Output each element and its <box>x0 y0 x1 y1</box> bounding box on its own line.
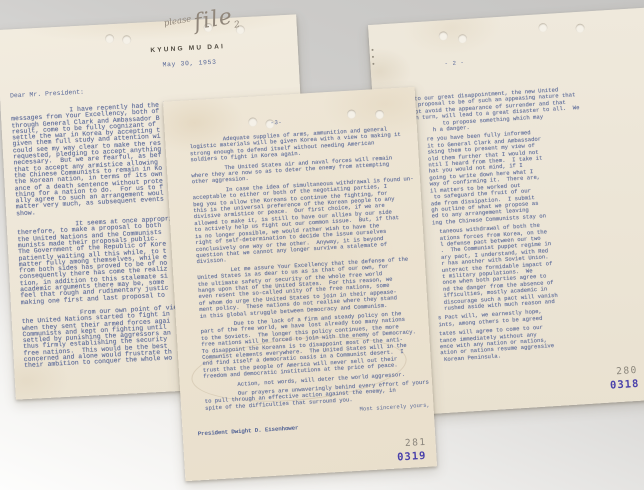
ink-archive-stamp: 0318 <box>610 378 640 392</box>
pencil-dot <box>371 49 373 51</box>
ink-archive-stamp: 0319 <box>397 450 427 464</box>
letter-date: May 30, 1953 <box>162 59 216 69</box>
handwritten-file: file <box>192 4 235 35</box>
punch-hole <box>105 34 114 43</box>
punch-hole <box>122 35 131 44</box>
pencil-dots <box>371 49 374 70</box>
punch-hole <box>575 24 585 34</box>
photo-scene: { "page1": { "letterhead": "KYUNG MU DAI… <box>0 0 644 490</box>
pencil-dot <box>372 63 374 65</box>
pencil-dot <box>372 56 374 58</box>
typed-paragraph: In case the idea of simultaneous withdra… <box>192 176 420 266</box>
punch-hole <box>248 117 258 127</box>
salutation: Dear Mr. President: <box>10 89 84 100</box>
letterhead: KYUNG MU DAI <box>150 43 225 54</box>
handwritten-annotation: pleasefile2 <box>163 3 241 43</box>
page-number: -3- <box>270 119 282 127</box>
letter-page-3: -3- Adequate supplies of arms, ammunitio… <box>163 87 437 481</box>
punch-hole <box>538 23 548 33</box>
typed-paragraph: Due to the lack of a firm and steady pol… <box>200 310 427 381</box>
addressee-line: President Dwight D. Eisenhower <box>197 424 298 437</box>
pencil-archive-number: 281 <box>405 437 427 449</box>
punch-hole <box>458 34 468 44</box>
pencil-archive-number: 280 <box>616 365 638 377</box>
handwritten-number: 2 <box>233 20 240 31</box>
typed-body-page-3: Adequate supplies of arms, ammunition an… <box>189 125 429 412</box>
page-number: - 2 - <box>444 59 464 67</box>
punch-hole <box>439 31 449 41</box>
closing-line: Most sincerely yours, <box>359 402 430 413</box>
typed-paragraph: taneous withdrawal of both the ations fo… <box>399 215 644 314</box>
punch-hole <box>375 110 385 120</box>
punch-hole <box>347 109 357 119</box>
typed-paragraph: re you have been fully informed it to Ge… <box>393 123 644 229</box>
handwritten-please: please <box>163 14 192 29</box>
